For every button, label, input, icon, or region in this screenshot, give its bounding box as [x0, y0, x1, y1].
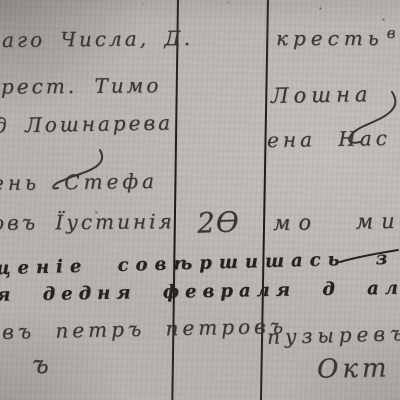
handwriting-line-right-4: мо ми: [273, 209, 400, 235]
handwriting-line-right-6: Окт: [317, 353, 391, 384]
handwriting-line-right-1: крестьв: [276, 26, 400, 50]
handwriting-word: кресть: [276, 26, 384, 50]
handwriting-line-left-1: аго Числа, Д.: [2, 26, 193, 52]
annotation-line-2: я дедня февраля д алк: [0, 277, 400, 305]
manuscript-page: аго Числа, Д. крест. Тимо д Лошнарева ен…: [0, 0, 400, 400]
handwriting-line-right-5: пузыревъ: [267, 321, 400, 349]
flourish-swash-loshna-tail: [330, 88, 400, 150]
handwriting-line-left-2: крест. Тимо: [0, 73, 161, 99]
handwriting-line-left-6: овъ петръ петровъ: [0, 314, 287, 344]
handwriting-line-left-7: ъ: [32, 350, 49, 379]
handwriting-line-left-5: овъ Їустинія: [0, 209, 175, 235]
date-number: 2Ѳ: [196, 205, 240, 239]
flourish-swash-left-column: [46, 146, 108, 192]
annotation-line-1: щеніе совѣршишась з: [0, 248, 394, 280]
handwriting-line-left-3: д Лошнарева: [0, 110, 173, 137]
superscript-letter: в: [387, 24, 400, 42]
ink-specks: [0, 0, 1, 1]
